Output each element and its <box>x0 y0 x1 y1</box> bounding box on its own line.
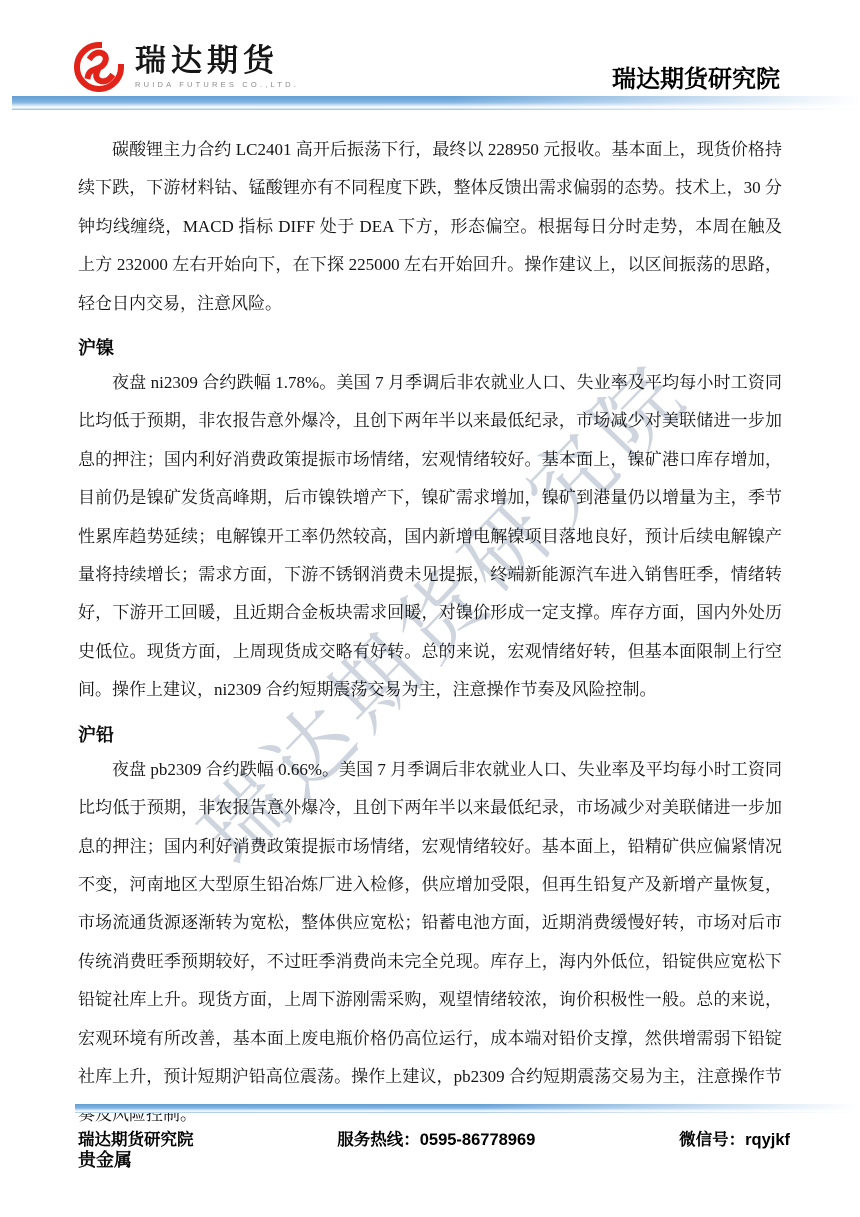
header-institute-title: 瑞达期货研究院 <box>612 68 780 94</box>
footer-wechat: 微信号：rqyjkf <box>679 1126 790 1150</box>
brand-name-en: RUIDA FUTURES CO.,LTD. <box>135 80 299 89</box>
header-bar-fade <box>12 96 860 110</box>
brand-text-block: 瑞达期货 RUIDA FUTURES CO.,LTD. <box>135 45 299 89</box>
footer-wechat-id: rqyjkf <box>745 1131 790 1149</box>
footer-bar-fade <box>75 1104 860 1113</box>
header-divider-bar <box>12 96 860 110</box>
footer-hotline: 服务热线：0595-86778969 <box>337 1126 535 1150</box>
footer-hotline-number: 0595-86778969 <box>420 1131 536 1149</box>
ruida-logo-icon <box>72 40 126 94</box>
footer-hotline-label: 服务热线： <box>337 1131 420 1149</box>
section-heading-nickel: 沪镍 <box>78 333 782 363</box>
footer-institute: 瑞达期货研究院 <box>78 1126 194 1150</box>
page-header: 瑞达期货 RUIDA FUTURES CO.,LTD. 瑞达期货研究院 <box>0 0 860 110</box>
paragraph-lead: 夜盘 pb2309 合约跌幅 0.66%。美国 7 月季调后非农就业人口、失业率… <box>78 751 782 1135</box>
document-page: 瑞达期货 RUIDA FUTURES CO.,LTD. 瑞达期货研究院 瑞达期货… <box>0 0 860 1217</box>
brand-name-cn: 瑞达期货 <box>135 45 299 76</box>
company-logo: 瑞达期货 RUIDA FUTURES CO.,LTD. <box>72 40 299 94</box>
paragraph-nickel: 夜盘 ni2309 合约跌幅 1.78%。美国 7 月季调后非农就业人口、失业率… <box>78 364 782 710</box>
footer-info-row: 瑞达期货研究院 服务热线：0595-86778969 微信号：rqyjkf <box>0 1113 860 1150</box>
paragraph-lithium-carbonate: 碳酸锂主力合约 LC2401 高开后振荡下行，最终以 228950 元报收。基本… <box>78 131 782 323</box>
page-footer: 瑞达期货研究院 服务热线：0595-86778969 微信号：rqyjkf <box>0 1104 860 1150</box>
footer-divider-bar <box>75 1104 860 1113</box>
header-top-row: 瑞达期货 RUIDA FUTURES CO.,LTD. 瑞达期货研究院 <box>0 40 860 96</box>
section-heading-lead: 沪铅 <box>78 720 782 750</box>
footer-wechat-label: 微信号： <box>679 1131 745 1149</box>
document-body: 碳酸锂主力合约 LC2401 高开后振荡下行，最终以 228950 元报收。基本… <box>0 110 860 1175</box>
